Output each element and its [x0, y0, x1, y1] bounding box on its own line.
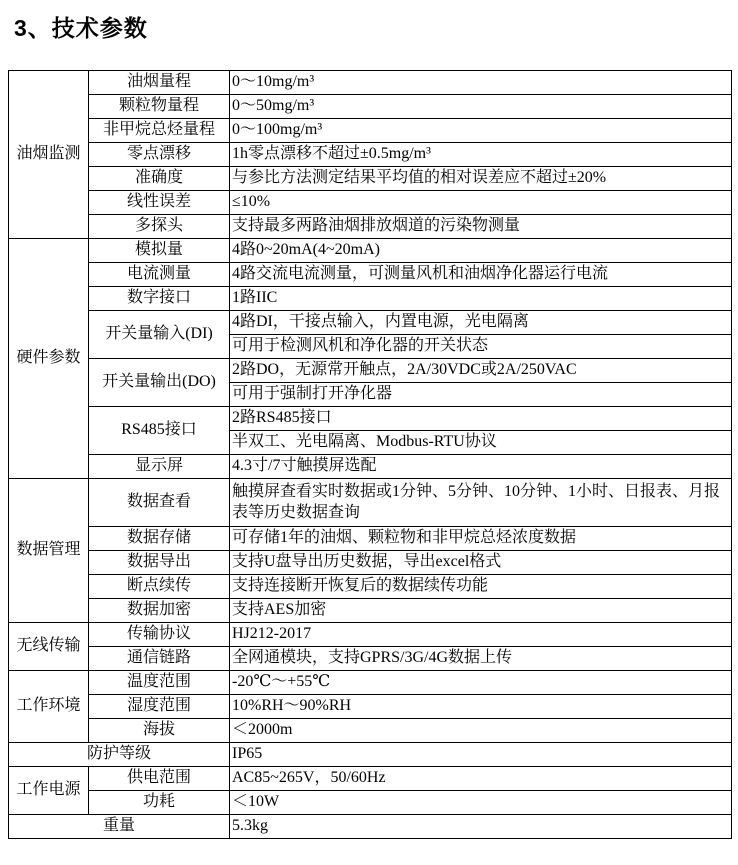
- param-cell: 数据加密: [89, 599, 230, 623]
- value-cell: HJ212-2017: [230, 623, 732, 647]
- value-cell: 全网通模块，支持GPRS/3G/4G数据上传: [230, 647, 732, 671]
- param-cell: 零点漂移: [89, 143, 230, 167]
- value-cell: 1路IIC: [230, 287, 732, 311]
- value-cell: -20℃～+55℃: [230, 671, 732, 695]
- param-cell-di: 开关量输入(DI): [89, 311, 230, 359]
- param-cell: 供电范围: [89, 767, 230, 791]
- value-cell: 1h零点漂移不超过±0.5mg/m³: [230, 143, 732, 167]
- category-cell-power: 工作电源: [9, 767, 89, 815]
- param-cell: 数据存储: [89, 527, 230, 551]
- value-cell: 4路交流电流测量，可测量风机和油烟净化器运行电流: [230, 263, 732, 287]
- value-cell: ≤10%: [230, 191, 732, 215]
- param-cell-do: 开关量输出(DO): [89, 359, 230, 407]
- param-cell: 油烟量程: [89, 71, 230, 95]
- param-cell: 电流测量: [89, 263, 230, 287]
- category-cell-data-management: 数据管理: [9, 479, 89, 623]
- value-cell: 2路DO，无源常开触点，2A/30VDC或2A/250VAC: [230, 359, 732, 383]
- category-cell-environment: 工作环境: [9, 671, 89, 743]
- value-cell: 半双工、光电隔离、Modbus-RTU协议: [230, 431, 732, 455]
- value-cell: 支持最多两路油烟排放烟道的污染物测量: [230, 215, 732, 239]
- value-cell: 0～100mg/m³: [230, 119, 732, 143]
- value-cell: 可存储1年的油烟、颗粒物和非甲烷总烃浓度数据: [230, 527, 732, 551]
- value-cell: 可用于检测风机和净化器的开关状态: [230, 335, 732, 359]
- value-cell: 4路DI，干接点输入，内置电源，光电隔离: [230, 311, 732, 335]
- param-cell: 断点续传: [89, 575, 230, 599]
- value-cell: 触摸屏查看实时数据或1分钟、5分钟、10分钟、1小时、日报表、月报表等历史数据查…: [230, 479, 732, 527]
- category-cell-fume-monitoring: 油烟监测: [9, 71, 89, 239]
- param-cell: 多探头: [89, 215, 230, 239]
- category-cell-hardware: 硬件参数: [9, 239, 89, 479]
- param-cell-rs485: RS485接口: [89, 407, 230, 455]
- param-cell: 海拔: [89, 719, 230, 743]
- value-cell: ＜2000m: [230, 719, 732, 743]
- value-cell: 可用于强制打开净化器: [230, 383, 732, 407]
- param-cell: 数字接口: [89, 287, 230, 311]
- param-cell: 数据查看: [89, 479, 230, 527]
- merged-label-cell-weight: 重量: [9, 815, 230, 839]
- param-cell: 湿度范围: [89, 695, 230, 719]
- value-cell: 4.3寸/7寸触摸屏选配: [230, 455, 732, 479]
- value-cell: 0～10mg/m³: [230, 71, 732, 95]
- param-cell: 显示屏: [89, 455, 230, 479]
- param-cell: 功耗: [89, 791, 230, 815]
- value-cell: 与参比方法测定结果平均值的相对误差应不超过±20%: [230, 167, 732, 191]
- param-cell: 温度范围: [89, 671, 230, 695]
- value-cell: 10%RH～90%RH: [230, 695, 732, 719]
- param-cell: 准确度: [89, 167, 230, 191]
- value-cell: ＜10W: [230, 791, 732, 815]
- value-cell: 支持U盘导出历史数据，导出excel格式: [230, 551, 732, 575]
- value-cell: IP65: [230, 743, 732, 767]
- param-cell: 数据导出: [89, 551, 230, 575]
- value-cell: 2路RS485接口: [230, 407, 732, 431]
- param-cell: 线性误差: [89, 191, 230, 215]
- value-cell: 5.3kg: [230, 815, 732, 839]
- spec-table: 油烟监测 油烟量程 0～10mg/m³ 颗粒物量程 0～50mg/m³ 非甲烷总…: [8, 70, 732, 839]
- param-cell: 通信链路: [89, 647, 230, 671]
- value-cell: 支持连接断开恢复后的数据续传功能: [230, 575, 732, 599]
- value-cell: 4路0~20mA(4~20mA): [230, 239, 732, 263]
- param-cell: 非甲烷总烃量程: [89, 119, 230, 143]
- category-cell-wireless: 无线传输: [9, 623, 89, 671]
- value-cell: AC85~265V，50/60Hz: [230, 767, 732, 791]
- param-cell: 颗粒物量程: [89, 95, 230, 119]
- value-cell: 支持AES加密: [230, 599, 732, 623]
- param-cell: 模拟量: [89, 239, 230, 263]
- param-cell: 传输协议: [89, 623, 230, 647]
- value-cell: 0～50mg/m³: [230, 95, 732, 119]
- page-title: 3、技术参数: [14, 10, 738, 43]
- merged-label-cell-protection-rating: 防护等级: [9, 743, 230, 767]
